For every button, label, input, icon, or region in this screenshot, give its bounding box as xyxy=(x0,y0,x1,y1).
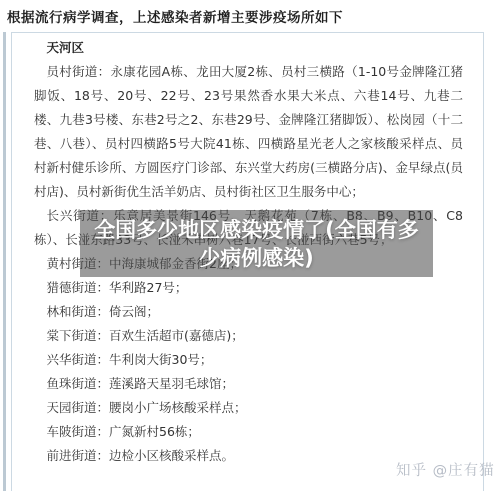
street-paragraph-tianyuan: 天园街道：腰岗小广场核酸采样点； xyxy=(34,396,463,420)
street-paragraph-yuancun: 员村街道：永康花园A栋、龙田大厦2栋、员村三横路（1-10号金牌隆江猪脚饭、18… xyxy=(34,60,463,204)
street-paragraph-linhe: 林和街道：倚云阁； xyxy=(34,300,463,324)
article-screenshot: 根据流行病学调查，上述感染者新增主要涉疫场所如下 天河区 员村街道：永康花园A栋… xyxy=(0,0,500,491)
street-paragraph-xinghua: 兴华街道：牛利岗大街30号； xyxy=(34,348,463,372)
district-title: 天河区 xyxy=(34,36,463,60)
epidemiology-header: 根据流行病学调查，上述感染者新增主要涉疫场所如下 xyxy=(7,6,343,26)
watermark-overlay: 全国多少地区感染疫情了(全国有多少病例感染) xyxy=(80,210,433,277)
watermark-title-text: 全国多少地区感染疫情了(全国有多少病例感染) xyxy=(80,216,433,272)
street-paragraph-chebei: 车陂街道：广氮新村56栋； xyxy=(34,420,463,444)
street-paragraph-yuzhu: 鱼珠街道：莲溪路天星羽毛球馆； xyxy=(34,372,463,396)
street-paragraph-tangxia: 棠下街道：百欢生活超市(嘉德店)； xyxy=(34,324,463,348)
street-paragraph-liede: 猎德街道：华利路27号； xyxy=(34,276,463,300)
zhihu-author-credit: 知乎 @庄有猫 xyxy=(396,459,495,480)
blockquote-left-bar xyxy=(3,32,6,491)
